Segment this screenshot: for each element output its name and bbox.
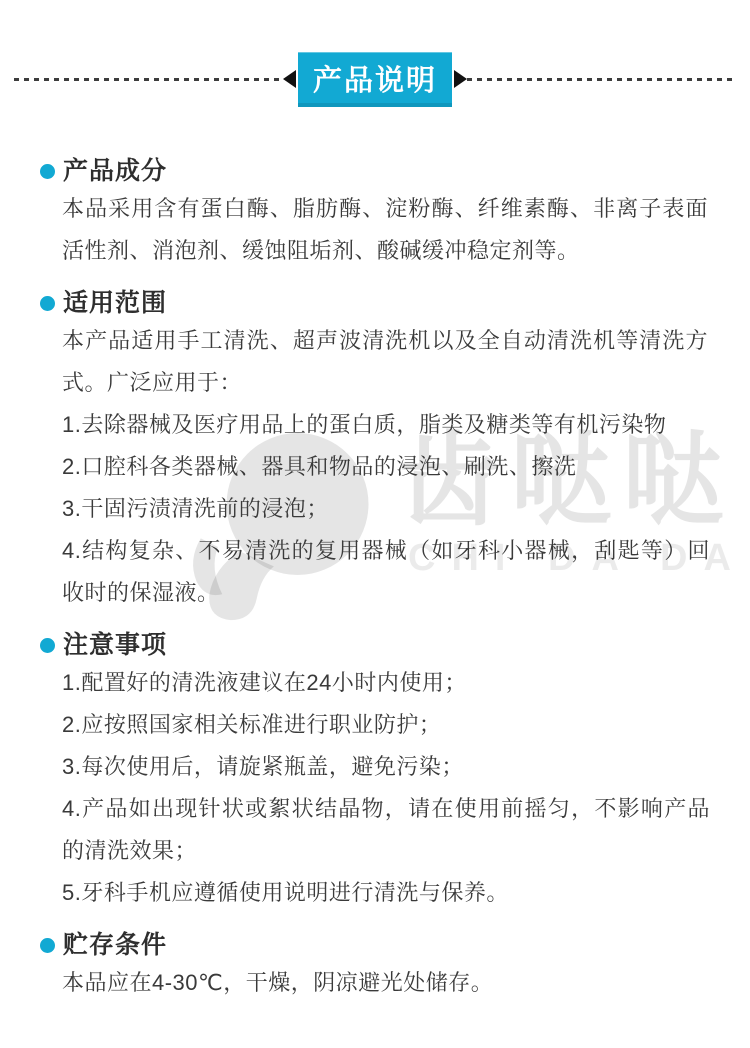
bullet-dot-icon — [40, 296, 55, 311]
triangle-right-icon — [454, 70, 467, 88]
list-item: 2.口腔科各类器械、器具和物品的浸泡、刷洗、擦洗 — [62, 446, 710, 488]
list-item: 5.牙科手机应遵循使用说明进行清洗与保养。 — [62, 872, 710, 914]
list-item: 2.应按照国家相关标准进行职业防护； — [62, 704, 710, 746]
bullet-dot-icon — [40, 164, 55, 179]
triangle-left-icon — [283, 70, 296, 88]
list-item: 1.去除器械及医疗用品上的蛋白质，脂类及糖类等有机污染物 — [62, 404, 710, 446]
section-applicable-scope: 适用范围 本产品适用手工清洗、超声波清洗机以及全自动清洗机等清洗方式。广泛应用于… — [40, 286, 710, 614]
section-paragraph: 本品应在4-30℃，干燥，阴凉避光处储存。 — [62, 962, 708, 1004]
section-paragraph: 本产品适用手工清洗、超声波清洗机以及全自动清洗机等清洗方式。广泛应用于： — [62, 320, 708, 404]
list-item: 1.配置好的清洗液建议在24小时内使用； — [62, 662, 710, 704]
dashed-line-left — [14, 78, 283, 81]
section-paragraph: 本品采用含有蛋白酶、脂肪酶、淀粉酶、纤维素酶、非离子表面活性剂、消泡剂、缓蚀阻垢… — [62, 188, 708, 272]
header-divider: 产品说明 — [14, 56, 736, 102]
dashed-line-right — [467, 78, 736, 81]
section-heading-row: 贮存条件 — [40, 928, 710, 962]
section-precautions: 注意事项 1.配置好的清洗液建议在24小时内使用； 2.应按照国家相关标准进行职… — [40, 628, 710, 914]
list-item: 4.结构复杂、不易清洗的复用器械（如牙科小器械，刮匙等）回收时的保湿液。 — [62, 530, 710, 614]
section-heading-row: 适用范围 — [40, 286, 710, 320]
precautions-list: 1.配置好的清洗液建议在24小时内使用； 2.应按照国家相关标准进行职业防护； … — [62, 662, 710, 914]
product-description-page: 产品说明 齿哒哒 CHI DA DA 产品成分 本品采用含有蛋白酶、脂肪酶、淀粉… — [0, 0, 750, 1048]
page-title: 产品说明 — [298, 52, 452, 107]
section-heading-row: 产品成分 — [40, 154, 710, 188]
scope-list: 1.去除器械及医疗用品上的蛋白质，脂类及糖类等有机污染物 2.口腔科各类器械、器… — [62, 404, 710, 614]
bullet-dot-icon — [40, 938, 55, 953]
list-item: 4.产品如出现针状或絮状结晶物，请在使用前摇匀，不影响产品的清洗效果； — [62, 788, 710, 872]
section-storage-conditions: 贮存条件 本品应在4-30℃，干燥，阴凉避光处储存。 — [40, 928, 710, 1004]
section-heading: 注意事项 — [63, 628, 167, 662]
content-area: 产品成分 本品采用含有蛋白酶、脂肪酶、淀粉酶、纤维素酶、非离子表面活性剂、消泡剂… — [0, 154, 750, 1004]
list-item: 3.每次使用后，请旋紧瓶盖，避免污染； — [62, 746, 710, 788]
section-heading: 贮存条件 — [63, 928, 167, 962]
section-product-ingredients: 产品成分 本品采用含有蛋白酶、脂肪酶、淀粉酶、纤维素酶、非离子表面活性剂、消泡剂… — [40, 154, 710, 272]
section-heading: 适用范围 — [63, 286, 167, 320]
section-heading-row: 注意事项 — [40, 628, 710, 662]
list-item: 3.干固污渍清洗前的浸泡； — [62, 488, 710, 530]
section-heading: 产品成分 — [63, 154, 167, 188]
bullet-dot-icon — [40, 638, 55, 653]
